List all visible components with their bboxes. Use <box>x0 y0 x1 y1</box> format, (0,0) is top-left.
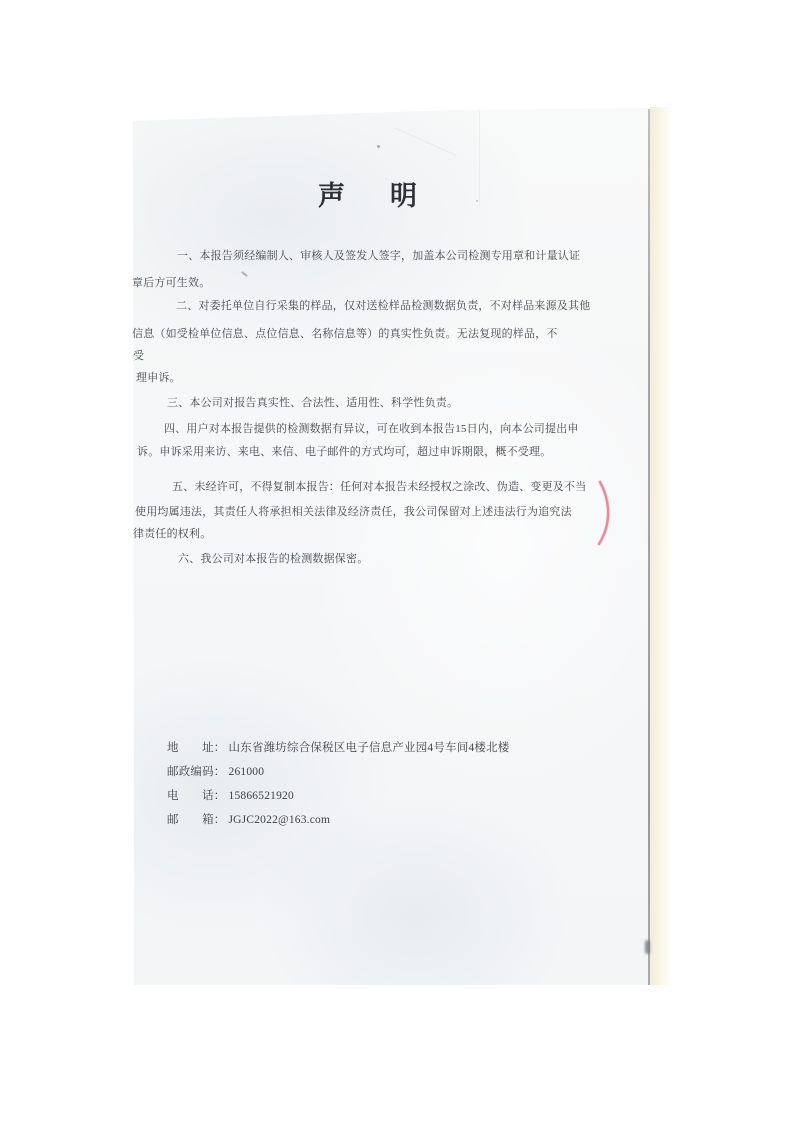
postal-code-line: 邮政编码：261000 <box>167 765 264 779</box>
declaration-line: 诉。申诉采用来访、来电、来信、电子邮件的方式均可，超过申诉期限，概不受理。 <box>137 446 551 460</box>
title-char: 明 <box>390 183 417 210</box>
paper-right-edge-line <box>648 109 650 985</box>
declaration-title: 声 明 <box>318 183 417 210</box>
scanned-paper-sheet <box>131 108 649 985</box>
address-value: 山东省潍坊综合保税区电子信息产业园4号车间4楼北楼 <box>229 742 510 754</box>
phone-line: 电 话：15866521920 <box>167 789 294 803</box>
edge-line-smudge <box>645 940 650 954</box>
phone-label: 电 话： <box>167 790 226 802</box>
address-line: 地 址：山东省潍坊综合保税区电子信息产业园4号车间4楼北楼 <box>167 741 510 755</box>
declaration-line: 使用均属违法，其责任人将承担相关法律及经济责任，我公司保留对上述违法行为追究法 <box>135 506 572 520</box>
declaration-line: 信息（如受检单位信息、点位信息、名称信息等）的真实性负责。无法复现的样品，不 <box>132 328 558 342</box>
address-label: 地 址： <box>167 742 226 754</box>
postal-label: 邮政编码： <box>167 766 226 778</box>
title-char: 声 <box>318 183 345 210</box>
red-pen-mark <box>595 480 615 546</box>
book-edge-strip <box>650 107 673 985</box>
scan-speck <box>377 145 380 148</box>
declaration-line: 章后方可生效。 <box>132 277 210 291</box>
postal-value: 261000 <box>229 766 265 778</box>
declaration-line: 二、对委托单位自行采集的样品，仅对送检样品检测数据负责，不对样品来源及其他 <box>176 300 590 314</box>
phone-value: 15866521920 <box>229 790 294 802</box>
email-line: 邮 箱：JGJC2022@163.com <box>167 813 330 827</box>
declaration-line: 理申诉。 <box>136 372 181 386</box>
declaration-line: 三、本公司对报告真实性、合法性、适用性、科学性负责。 <box>167 397 458 411</box>
scanned-document-screen: 声 明 一、本报告须经编制人、审核人及签发人签字，加盖本公司检测专用章和计量认证… <box>0 0 800 1131</box>
declaration-line: 四、用户对本报告提供的检测数据有异议，可在收到本报告15日内，向本公司提出申 <box>164 423 579 437</box>
declaration-line: 五、未经许可，不得复制本报告：任何对本报告未经授权之涂改、伪造、变更及不当 <box>172 481 586 495</box>
scan-speck <box>476 200 478 202</box>
declaration-line: 受 <box>133 350 144 364</box>
vertical-crease <box>479 111 480 207</box>
declaration-line: 律责任的权利。 <box>133 528 211 542</box>
email-value: JGJC2022@163.com <box>229 814 331 826</box>
email-label: 邮 箱： <box>167 814 226 826</box>
declaration-line: 一、本报告须经编制人、审核人及签发人签字，加盖本公司检测专用章和计量认证 <box>177 250 580 264</box>
declaration-line: 六、我公司对本报告的检测数据保密。 <box>178 553 368 567</box>
